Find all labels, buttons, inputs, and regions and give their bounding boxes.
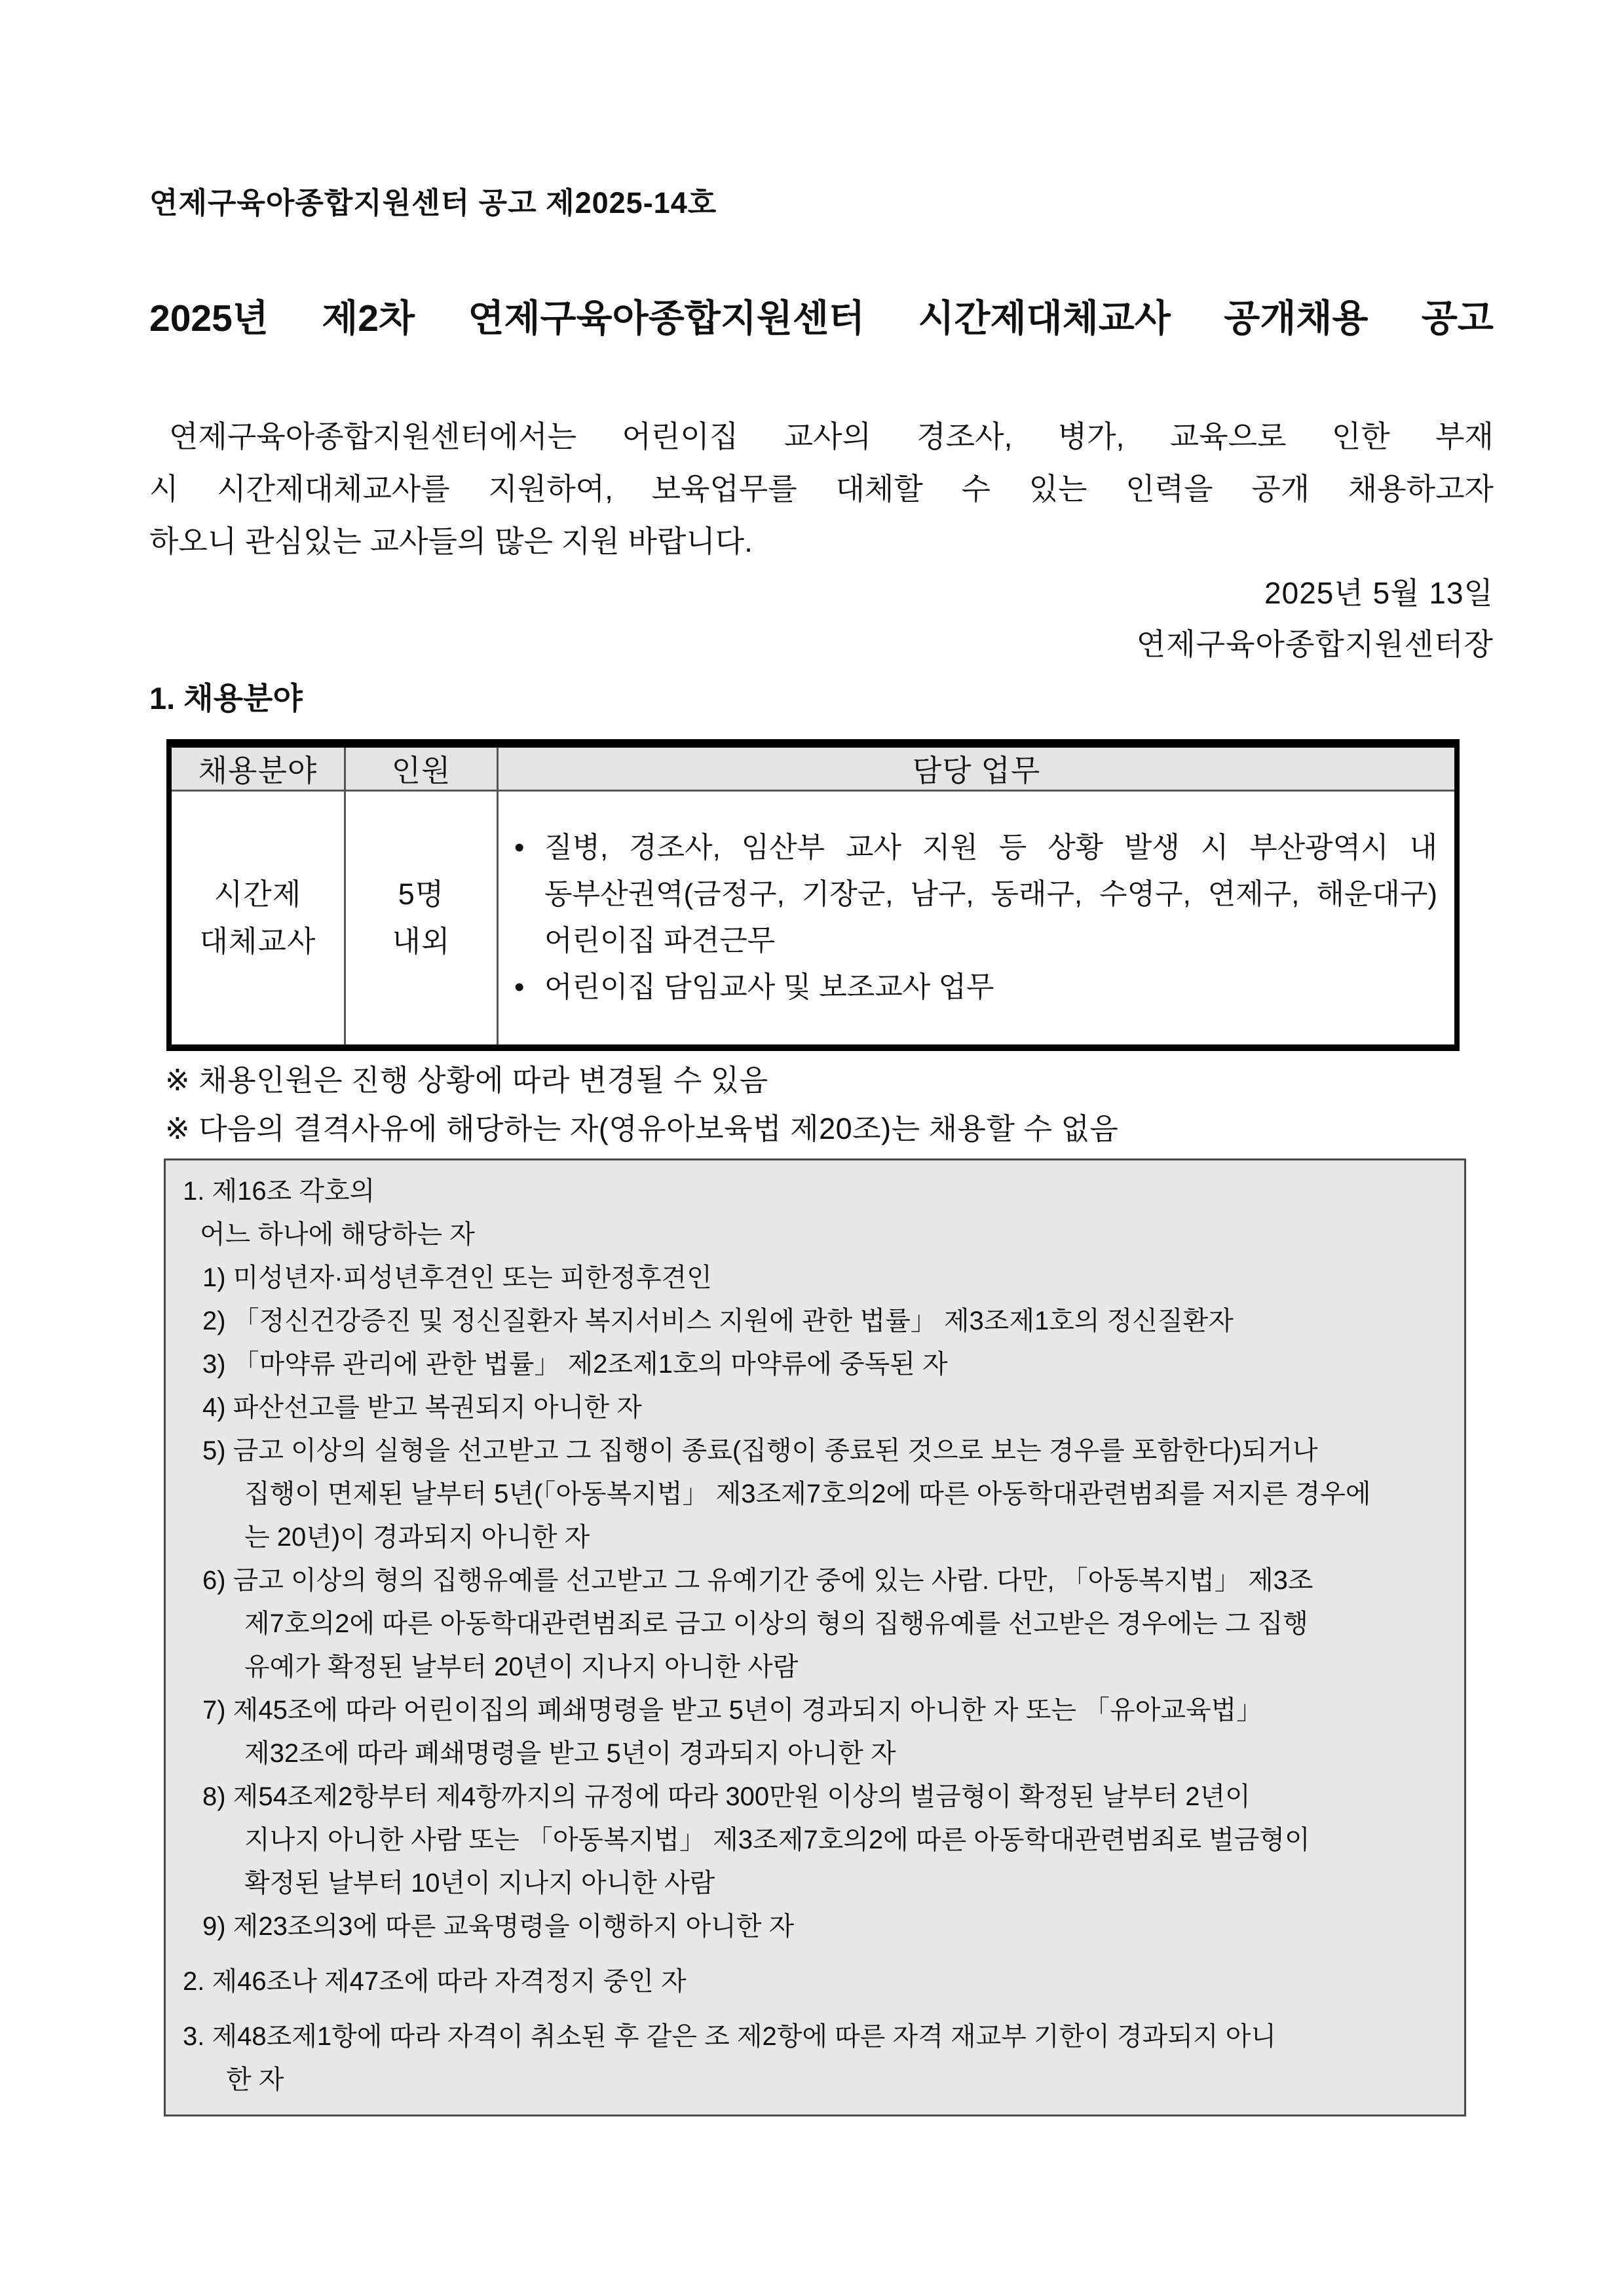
- cell-line: 시간제: [214, 871, 301, 918]
- disqualification-line: 확정된 날부터 10년이 지나지 아니한 사람: [166, 1862, 1451, 1905]
- disqualification-line: 1) 미성년자·피성년후견인 또는 피한정후견인: [166, 1256, 1451, 1299]
- intro-line: 연제구육아종합지원센터에서는 어린이집 교사의 경조사, 병가, 교육으로 인한…: [149, 410, 1494, 463]
- disqualification-line: 8) 제54조제2항부터 제4항까지의 규정에 따라 300만원 이상의 벌금형…: [166, 1775, 1451, 1818]
- disqualification-line: 2. 제46조나 제47조에 따라 자격정지 중인 자: [166, 1960, 1451, 2003]
- cell-duties: • 질병, 경조사, 임산부 교사 지원 등 상황 발생 시 부산광역시 내 동…: [499, 792, 1454, 1044]
- bullet-icon: •: [514, 964, 544, 1010]
- table-header-duty: 담당 업무: [499, 748, 1454, 792]
- cell-line: 대체교사: [200, 918, 316, 965]
- disqualification-line: 어느 하나에 해당하는 자: [166, 1213, 1451, 1256]
- bullet-icon: [514, 917, 544, 964]
- disqualification-line: 한 자: [166, 2058, 1451, 2101]
- note-line: ※ 채용인원은 진행 상황에 따라 변경될 수 있음: [165, 1056, 1494, 1105]
- duty-line: 어린이집 파견근무: [514, 917, 1437, 964]
- disqualification-line: 6) 금고 이상의 형의 집행유예를 선고받고 그 유예기간 중에 있는 사람.…: [166, 1559, 1451, 1602]
- cell-recruit-field: 시간제 대체교사: [172, 792, 346, 1044]
- disqualification-line: 제7호의2에 따른 아동학대관련범죄로 금고 이상의 형의 집행유예를 선고받은…: [166, 1602, 1451, 1645]
- disqualification-line: 1. 제16조 각호의: [166, 1170, 1451, 1213]
- bullet-icon: •: [514, 824, 544, 871]
- table-header-count: 인원: [346, 748, 499, 792]
- disqualification-line: 유예가 확정된 날부터 20년이 지나지 아니한 사람: [166, 1645, 1451, 1689]
- notes: ※ 채용인원은 진행 상황에 따라 변경될 수 있음 ※ 다음의 결격사유에 해…: [149, 1056, 1494, 1153]
- duty-line: • 질병, 경조사, 임산부 교사 지원 등 상황 발생 시 부산광역시 내: [514, 824, 1437, 871]
- duty-text: 질병, 경조사, 임산부 교사 지원 등 상황 발생 시 부산광역시 내: [544, 824, 1437, 871]
- duty-text: 어린이집 파견근무: [544, 917, 1437, 964]
- bullet-icon: [514, 871, 544, 917]
- disqualification-line: 9) 제23조의3에 따른 교육명령을 이행하지 아니한 자: [166, 1905, 1451, 1948]
- date-line: 2025년 5월 13일: [149, 567, 1494, 619]
- intro-paragraph: 연제구육아종합지원센터에서는 어린이집 교사의 경조사, 병가, 교육으로 인한…: [149, 410, 1494, 567]
- cell-headcount: 5명 내외: [346, 792, 499, 1044]
- duty-line: • 어린이집 담임교사 및 보조교사 업무: [514, 964, 1437, 1010]
- note-line: ※ 다음의 결격사유에 해당하는 자(영유아보육법 제20조)는 채용할 수 없…: [165, 1105, 1494, 1153]
- disqualification-line: 집행이 면제된 날부터 5년(「아동복지법」 제3조제7호의2에 따른 아동학대…: [166, 1472, 1451, 1516]
- disqualification-line: 4) 파산선고를 받고 복권되지 아니한 자: [166, 1386, 1451, 1429]
- disqualification-box: 1. 제16조 각호의 어느 하나에 해당하는 자 1) 미성년자·피성년후견인…: [164, 1158, 1466, 2116]
- disqualification-line: 는 20년)이 경과되지 아니한 자: [166, 1516, 1451, 1559]
- disqualification-line: 2) 「정신건강증진 및 정신질환자 복지서비스 지원에 관한 법률」 제3조제…: [166, 1299, 1451, 1343]
- disqualification-line: 7) 제45조에 따라 어린이집의 폐쇄명령을 받고 5년이 경과되지 아니한 …: [166, 1689, 1451, 1732]
- duty-text: 동부산권역(금정구, 기장군, 남구, 동래구, 수영구, 연제구, 해운대구): [544, 871, 1437, 917]
- disqualification-line: 지나지 아니한 사람 또는 「아동복지법」 제3조제7호의2에 따른 아동학대관…: [166, 1818, 1451, 1862]
- intro-line: 시 시간제대체교사를 지원하여, 보육업무를 대체할 수 있는 인력을 공개 채…: [149, 463, 1494, 515]
- disqualification-line: 3. 제48조제1항에 따라 자격이 취소된 후 같은 조 제2항에 따른 자격…: [166, 2015, 1451, 2058]
- cell-line: 5명: [398, 871, 445, 918]
- section-heading: 1. 채용분야: [149, 679, 1494, 718]
- cell-line: 내외: [392, 918, 451, 965]
- recruit-table: 채용분야 인원 담당 업무 시간제 대체교사 5명 내외 • 질병, 경조사, …: [166, 739, 1460, 1051]
- disqualification-line: 3) 「마약류 관리에 관한 법률」 제2조제1호의 마약류에 중독된 자: [166, 1343, 1451, 1386]
- doc-number: 연제구육아종합지원센터 공고 제2025-14호: [149, 185, 1494, 221]
- signer-line: 연제구육아종합지원센터장: [149, 619, 1494, 670]
- document-page: 연제구육아종합지원센터 공고 제2025-14호 2025년 제2차 연제구육아…: [0, 0, 1624, 2116]
- duty-line: 동부산권역(금정구, 기장군, 남구, 동래구, 수영구, 연제구, 해운대구): [514, 871, 1437, 917]
- intro-line: 하오니 관심있는 교사들의 많은 지원 바랍니다.: [149, 515, 1494, 567]
- duty-text: 어린이집 담임교사 및 보조교사 업무: [544, 964, 1437, 1010]
- disqualification-line: 5) 금고 이상의 실형을 선고받고 그 집행이 종료(집행이 종료된 것으로 …: [166, 1429, 1451, 1472]
- table-header-field: 채용분야: [172, 748, 346, 792]
- page-title: 2025년 제2차 연제구육아종합지원센터 시간제대체교사 공개채용 공고: [149, 295, 1494, 342]
- disqualification-line: 제32조에 따라 폐쇄명령을 받고 5년이 경과되지 아니한 자: [166, 1732, 1451, 1775]
